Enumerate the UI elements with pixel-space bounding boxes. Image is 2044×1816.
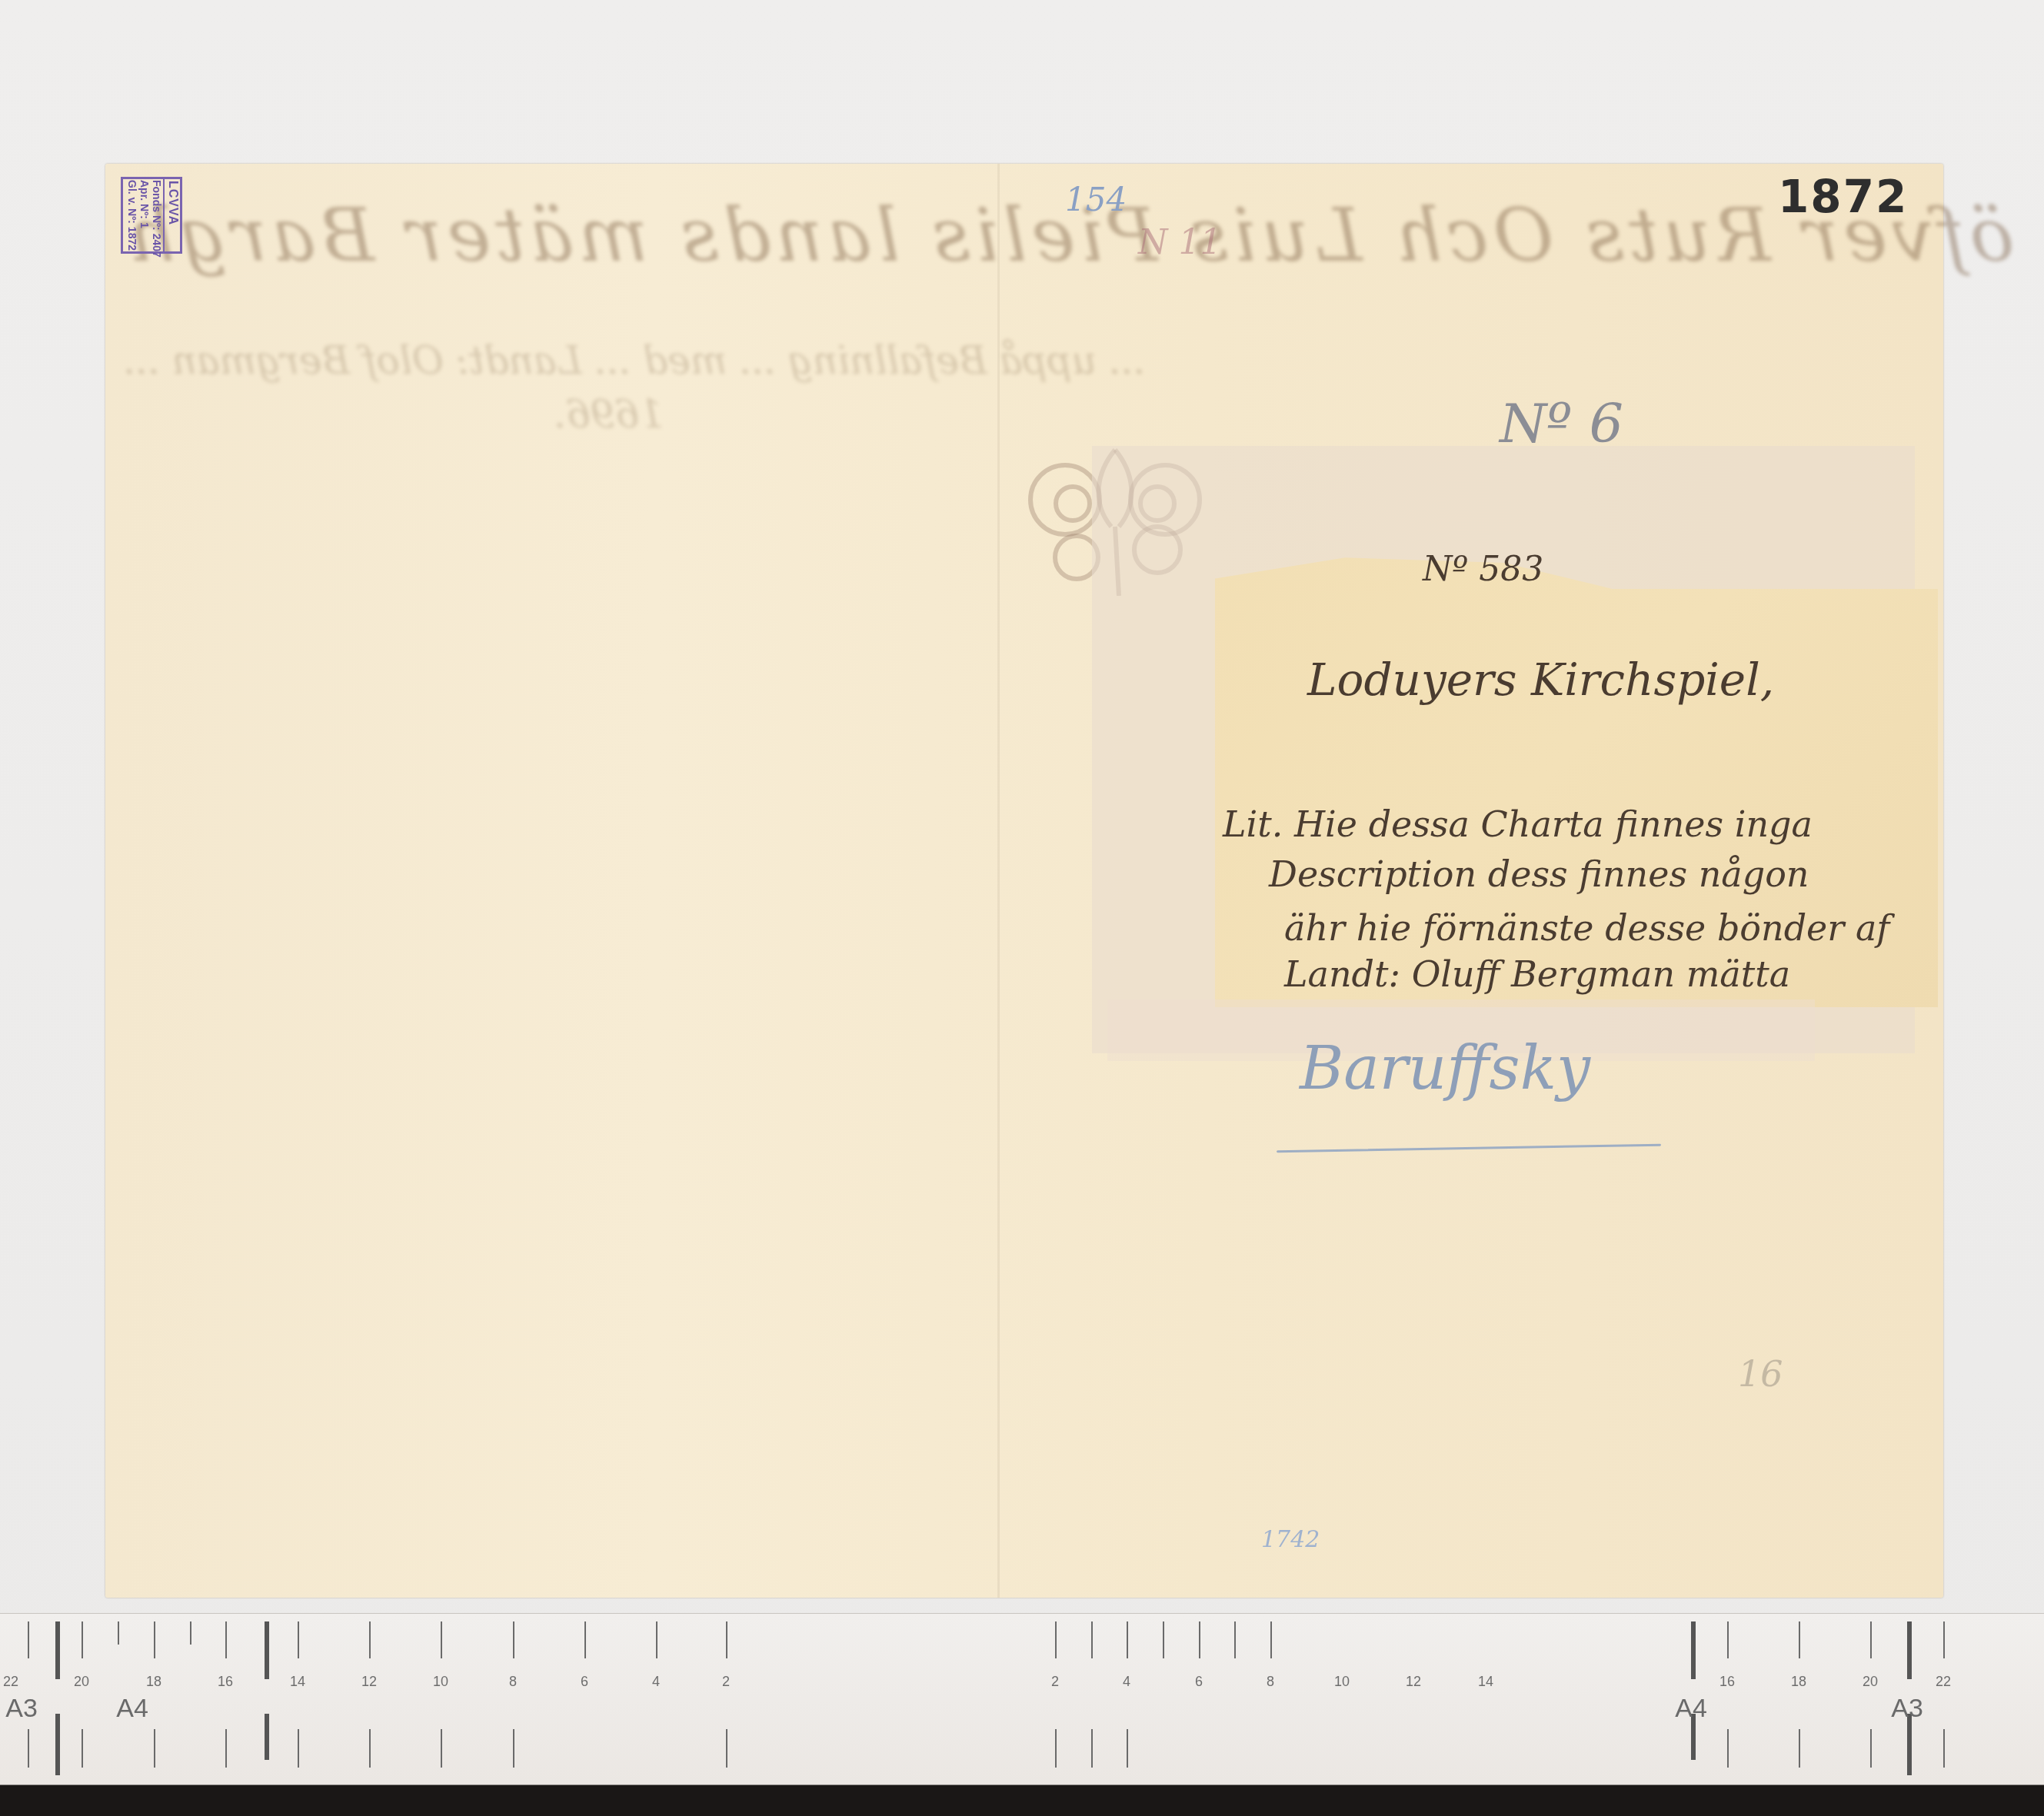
slip-line: Landt: Oluff Bergman mätta <box>1284 953 1790 995</box>
scale-ruler: 22 20 18 16 14 12 10 8 6 4 2 A3 A4 2 4 6… <box>0 1613 2044 1787</box>
ruler-tick <box>1870 1621 1872 1658</box>
ruler-tick <box>298 1729 299 1768</box>
ruler-tick <box>1055 1729 1057 1768</box>
ruler-tick <box>1727 1729 1729 1768</box>
catalogue-number: 1872 <box>1778 171 1908 223</box>
ruler-tick <box>28 1621 29 1658</box>
ruler-tick <box>225 1729 227 1768</box>
ruler-tick <box>1234 1621 1236 1658</box>
pencil-number-bottom: 1742 <box>1261 1526 1320 1553</box>
ruler-number: 16 <box>1719 1674 1735 1690</box>
ruler-tick <box>513 1621 514 1658</box>
ruler-label-a3: A3 <box>1891 1694 1923 1724</box>
faint-mark-right: 16 <box>1738 1353 1783 1395</box>
ruler-number: 4 <box>1123 1674 1130 1690</box>
ruler-tick <box>1091 1621 1093 1658</box>
ruler-tick <box>190 1621 191 1645</box>
ruler-tick <box>1163 1621 1164 1658</box>
ruler-tick <box>1870 1729 1872 1768</box>
ruler-tick <box>298 1621 299 1658</box>
ruler-tick <box>1943 1621 1945 1658</box>
ruler-number: 20 <box>1863 1674 1878 1690</box>
ruler-tick <box>28 1729 29 1768</box>
archive-stamp: LCVVA Fonds Nº: 2407 Apr. Nº: 1 Gl. v. N… <box>121 177 182 254</box>
ruler-number: 12 <box>1406 1674 1421 1690</box>
ruler-tick <box>1127 1729 1128 1768</box>
ruler-number: 10 <box>433 1674 448 1690</box>
ruler-number: 16 <box>218 1674 233 1690</box>
ruler-number: 22 <box>3 1674 18 1690</box>
ruler-number: 12 <box>361 1674 377 1690</box>
stamp-glv: Gl. v. Nº: 1872 <box>126 179 138 251</box>
ruler-tick <box>118 1621 119 1645</box>
ruler-tick-a4 <box>1691 1621 1696 1679</box>
ruler-tick <box>1091 1729 1093 1768</box>
ruler-number: 6 <box>1195 1674 1203 1690</box>
ruler-tick <box>584 1621 586 1658</box>
slip-line: ähr hie förnänste desse bönder af <box>1284 907 1889 949</box>
ruler-tick <box>1943 1729 1945 1768</box>
faint-number-mark: N 11 <box>1138 223 1221 262</box>
ruler-number: 20 <box>74 1674 89 1690</box>
ruler-number: 6 <box>581 1674 588 1690</box>
ruler-tick <box>441 1621 442 1658</box>
ruler-label-a3: A3 <box>5 1694 38 1724</box>
ruler-tick-a3 <box>1907 1621 1912 1679</box>
ruler-tick-a3 <box>55 1621 60 1679</box>
ruler-tick <box>1270 1621 1272 1658</box>
ruler-tick <box>82 1621 83 1658</box>
ruler-tick <box>513 1729 514 1768</box>
ruler-number: 10 <box>1334 1674 1350 1690</box>
ruler-tick <box>441 1729 442 1768</box>
ruler-number: 18 <box>1791 1674 1806 1690</box>
slip-line: Description dess finnes någon <box>1269 853 1809 895</box>
ruler-tick-a4 <box>265 1714 269 1760</box>
slip-title: Loduyers Kirchspiel, <box>1307 654 1774 706</box>
ruler-tick <box>726 1621 727 1658</box>
ruler-tick-a3 <box>55 1714 60 1775</box>
ruler-tick <box>1727 1621 1729 1658</box>
bleed-through-year: 1696. <box>554 392 664 437</box>
ruler-tick <box>369 1729 371 1768</box>
stamp-apr: Apr. Nº: 1 <box>138 179 151 251</box>
pencil-number-top: 154 <box>1065 181 1127 218</box>
slip-line: Lit. Hie dessa Charta finnes inga <box>1223 803 1813 845</box>
ruler-number: 14 <box>290 1674 305 1690</box>
ruler-tick <box>1055 1621 1057 1658</box>
ruler-tick <box>154 1729 155 1768</box>
ruler-number: 2 <box>1051 1674 1059 1690</box>
ruler-number: 8 <box>1267 1674 1274 1690</box>
ruler-number: 2 <box>722 1674 730 1690</box>
ruler-tick <box>1799 1621 1800 1658</box>
ruler-label-a4: A4 <box>116 1694 148 1724</box>
ruler-tick <box>1799 1729 1800 1768</box>
ruler-number: 22 <box>1936 1674 1951 1690</box>
slip-number: Nº 583 <box>1423 550 1543 589</box>
ruler-number: 18 <box>146 1674 161 1690</box>
ruler-number: 14 <box>1478 1674 1493 1690</box>
ruler-number: 8 <box>509 1674 517 1690</box>
bleed-through-subtitle: ... uppå Befallning ... med ... Landt: O… <box>123 338 1145 383</box>
ruler-tick <box>1199 1621 1200 1658</box>
ruler-tick <box>369 1621 371 1658</box>
stamp-fonds: Fonds Nº: 2407 <box>151 179 163 251</box>
ruler-tick <box>1127 1621 1128 1658</box>
ruler-tick <box>82 1729 83 1768</box>
ruler-label-a4: A4 <box>1675 1694 1707 1724</box>
ruler-tick-a4 <box>265 1621 269 1679</box>
stamp-title: LCVVA <box>163 179 180 251</box>
ruler-tick <box>154 1621 155 1658</box>
ruler-tick <box>225 1621 227 1658</box>
ruler-number: 4 <box>652 1674 660 1690</box>
ruler-tick <box>726 1729 727 1768</box>
pencil-signature: Baruffsky <box>1300 1034 1590 1103</box>
scanner-edge <box>0 1785 2044 1816</box>
ruler-tick <box>656 1621 657 1658</box>
